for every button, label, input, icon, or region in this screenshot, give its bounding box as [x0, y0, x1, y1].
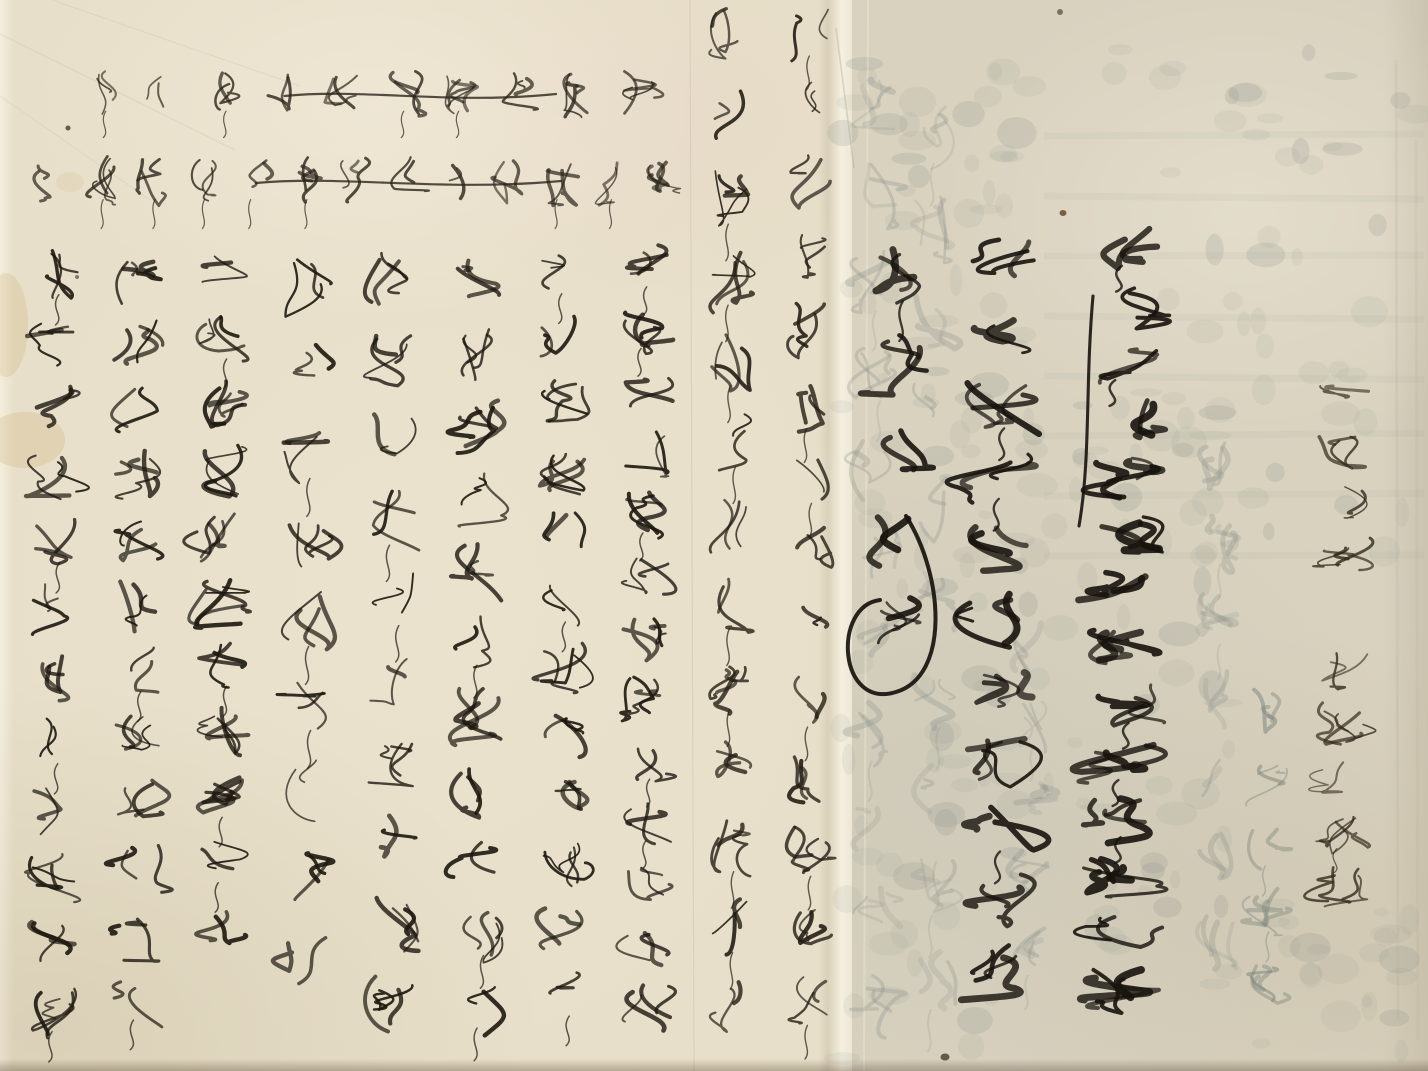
date-column: 廣閏旬ゟ 孝壽殿へ参	[1298, 372, 1390, 920]
text-column-4: 田李春字知頼勅之無至	[356, 248, 430, 1052]
postscript-line-1: 猶々御めてたくかしく	[84, 64, 674, 128]
manuscript-spread: 廣閏旬ゟ 孝壽殿へ参浅野兵達印極暗未風左仁堀竹佰内倍信乃安嫁病名序御原日奉曆乃溢…	[0, 0, 1428, 1071]
text-column-3: 雜此作尼免手侍佑道年至	[442, 252, 514, 1050]
calligraphy-columns: 廣閏旬ゟ 孝壽殿へ参浅野兵達印極暗未風左仁堀竹佰内倍信乃安嫁病名序御原日奉曆乃溢…	[0, 0, 1428, 1071]
main-column-3: 当信直有飛	[856, 240, 940, 680]
postscript-line-2: 返す々々申まいらせ候かしく	[30, 148, 694, 218]
signature-column: 浅野兵達印	[1236, 688, 1300, 1018]
main-column-1: 極暗未風左仁堀竹佰内倍信乃安	[1056, 226, 1188, 1026]
text-column-7: 言一称帰未点白以湯一年生	[100, 252, 174, 1040]
text-column-8: 未豹所財成後田肩点愛上棵	[14, 248, 94, 1052]
text-column-6: 四年漱石始手無馮閃免好	[186, 248, 258, 968]
fold-column-right: 先般用向之儀承候而早速保養使	[782, 4, 840, 1048]
text-column-5: 川李丹逗感帰宝婚白	[270, 252, 344, 1008]
text-column-2: 持病近侍萬年振等閑なく仙	[526, 248, 600, 1036]
photo-edge-shadow	[0, 1059, 1428, 1071]
main-column-2: 嫁病名序御原日奉曆乃溢	[938, 238, 1058, 1014]
fold-column-left: 空程雲意迫寝佳為保佑拾遍使	[702, 6, 760, 1058]
text-column-1: 生壽瘡苦痛あまり一向暗賠り	[610, 244, 684, 1044]
